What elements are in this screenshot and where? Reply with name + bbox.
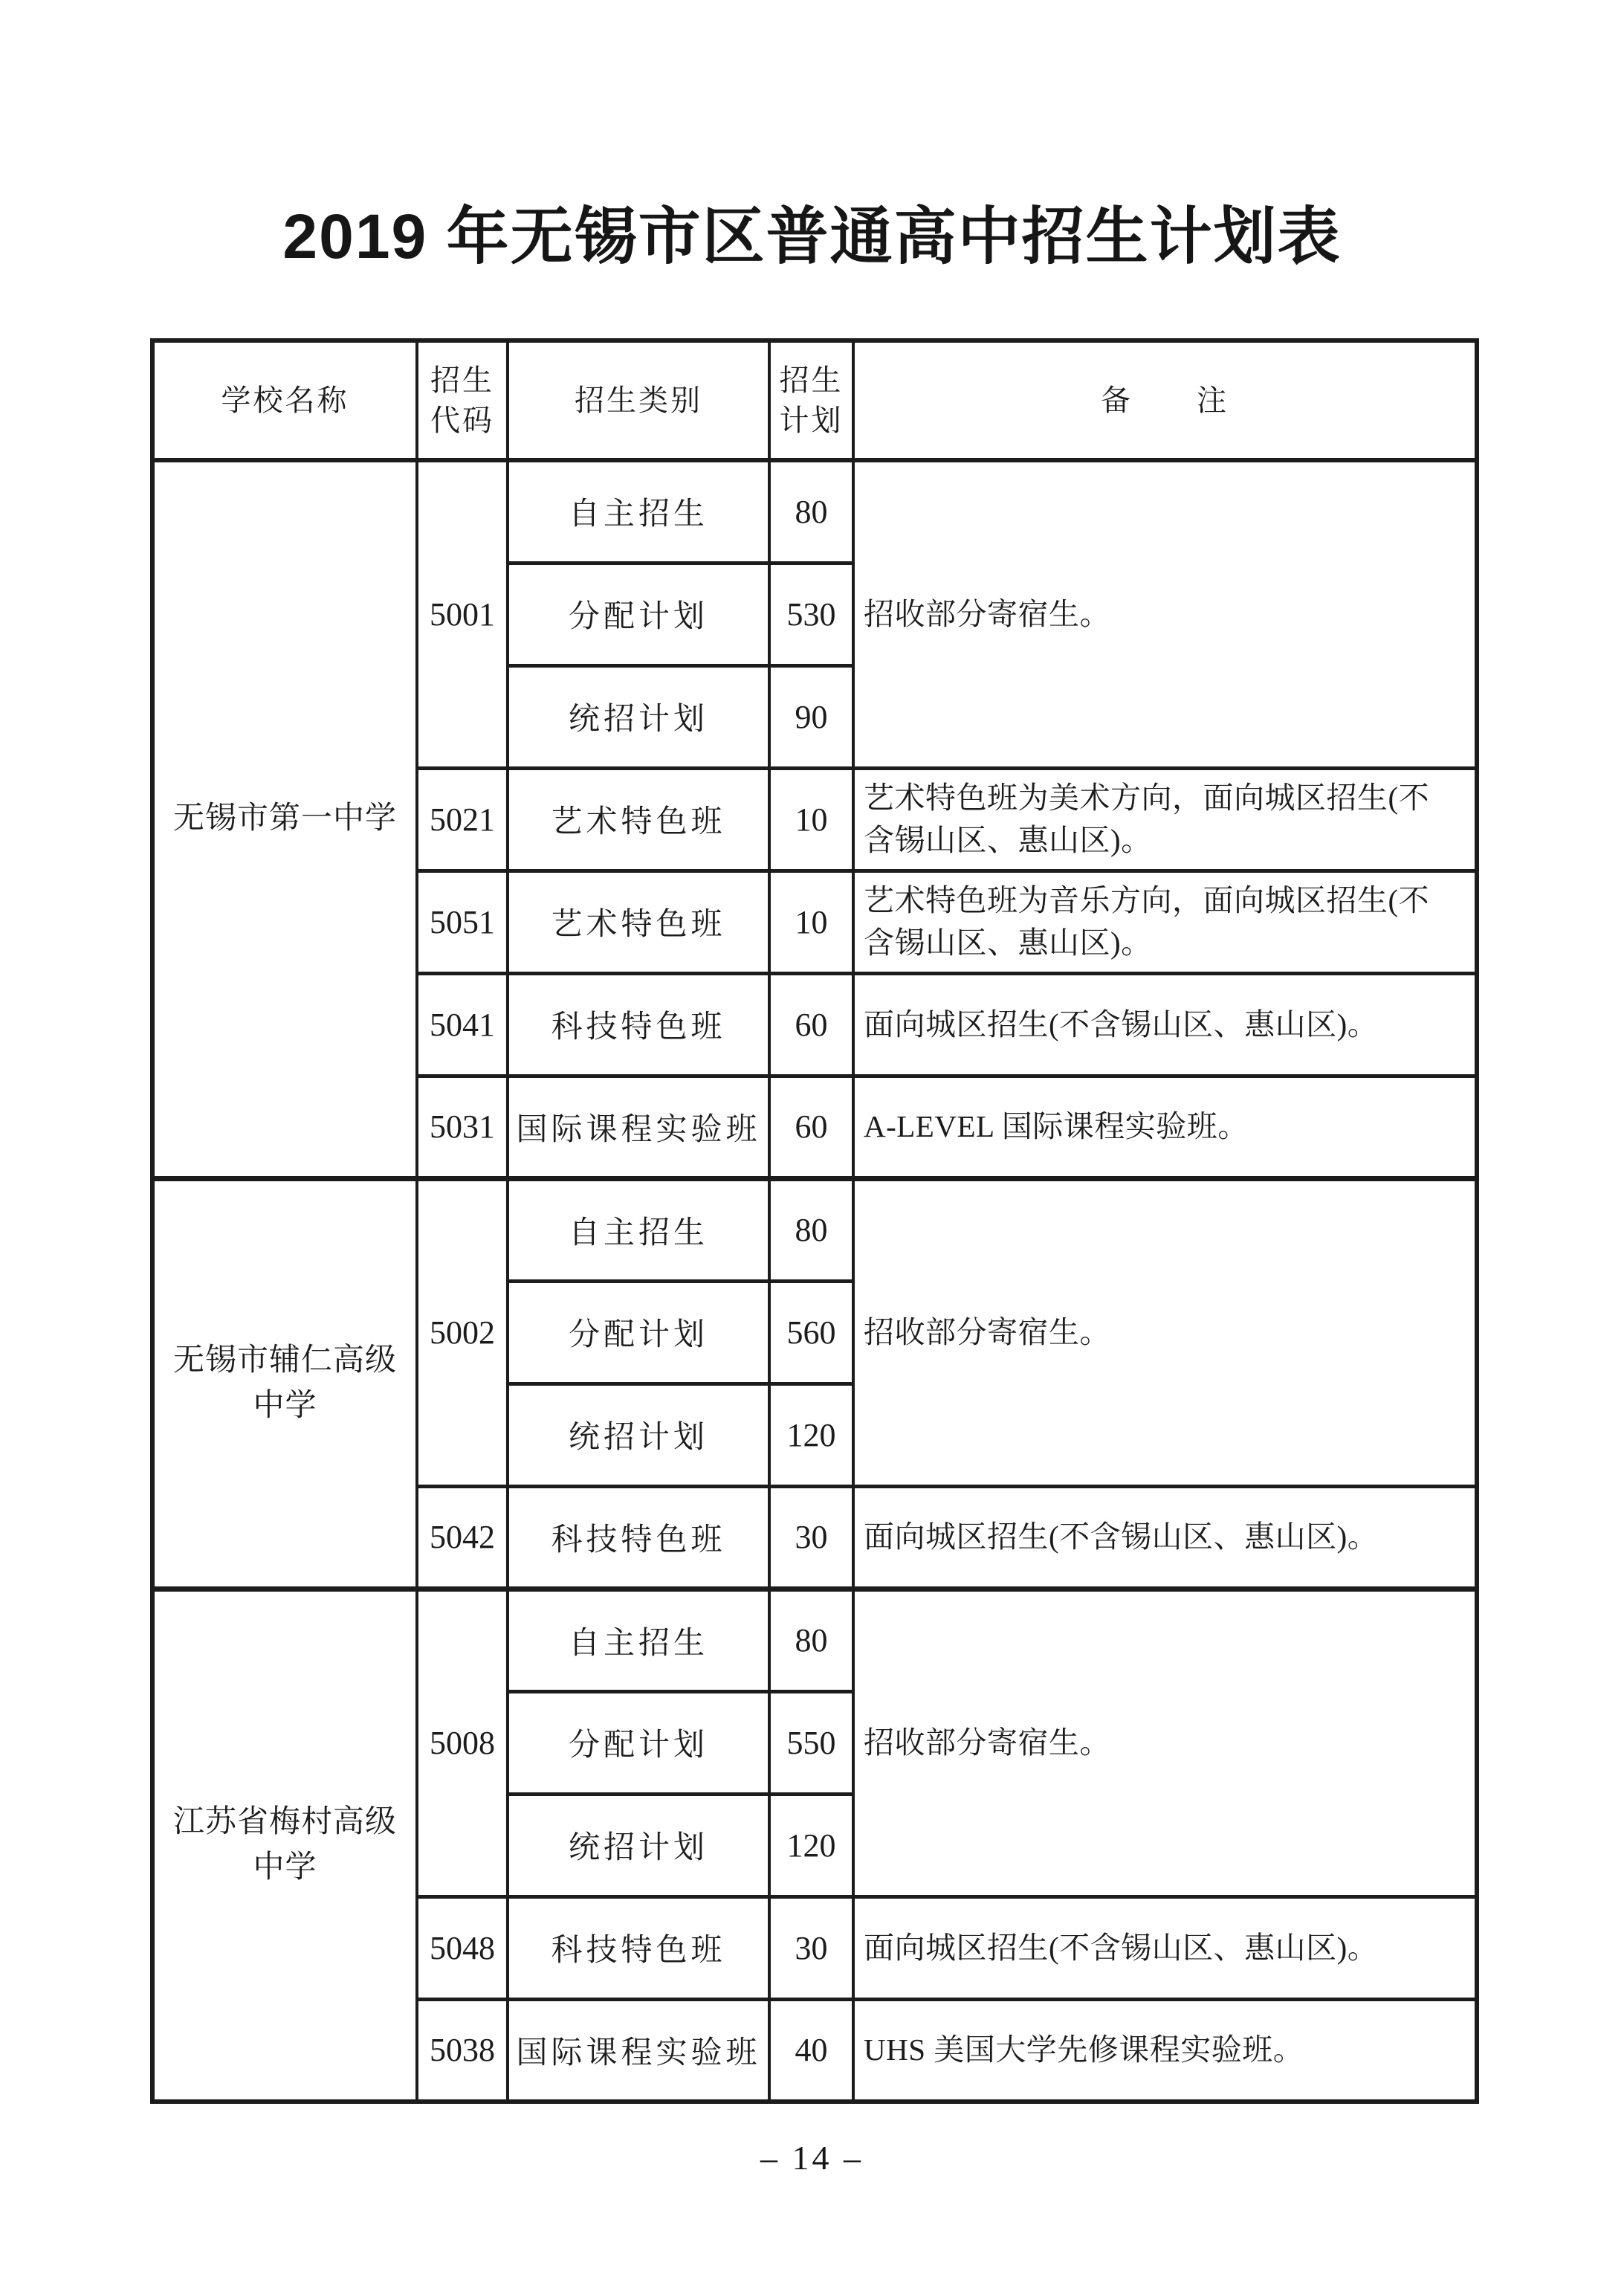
code-cell: 5041 bbox=[417, 973, 508, 1076]
plan-cell: 560 bbox=[769, 1281, 853, 1383]
plan-cell: 80 bbox=[769, 1178, 853, 1281]
remark-cell: A-LEVEL 国际课程实验班。 bbox=[853, 1076, 1477, 1178]
remark-cell: 面向城区招生(不含锡山区、惠山区)。 bbox=[853, 1896, 1477, 1999]
enrollment-table: 学校名称 招生 代码 招生类别 招生 计划 备 注 无锡市第一中学 5001 自… bbox=[150, 338, 1479, 2104]
plan-cell: 30 bbox=[769, 1486, 853, 1589]
category-cell: 自主招生 bbox=[508, 1589, 769, 1691]
plan-cell: 530 bbox=[769, 563, 853, 665]
remark-cell: 面向城区招生(不含锡山区、惠山区)。 bbox=[853, 1486, 1477, 1589]
plan-cell: 90 bbox=[769, 665, 853, 768]
code-cell: 5031 bbox=[417, 1076, 508, 1178]
remark-cell: 艺术特色班为美术方向，面向城区招生(不 含锡山区、惠山区)。 bbox=[853, 768, 1477, 871]
plan-cell: 10 bbox=[769, 871, 853, 973]
category-cell: 科技特色班 bbox=[508, 973, 769, 1076]
page-number: – 14 – bbox=[0, 2138, 1624, 2177]
category-cell: 统招计划 bbox=[508, 665, 769, 768]
header-row: 学校名称 招生 代码 招生类别 招生 计划 备 注 bbox=[152, 340, 1477, 460]
remark-cell: 招收部分寄宿生。 bbox=[853, 460, 1477, 768]
category-cell: 国际课程实验班 bbox=[508, 1076, 769, 1178]
plan-cell: 60 bbox=[769, 973, 853, 1076]
header-remark: 备 注 bbox=[853, 340, 1477, 460]
page-title: 2019 年无锡市区普通高中招生计划表 bbox=[0, 202, 1624, 271]
table-row: 江苏省梅村高级 中学 5008 自主招生 80 招收部分寄宿生。 bbox=[152, 1589, 1477, 1691]
plan-cell: 30 bbox=[769, 1896, 853, 1999]
category-cell: 自主招生 bbox=[508, 460, 769, 563]
category-cell: 科技特色班 bbox=[508, 1486, 769, 1589]
school-name-cell: 江苏省梅村高级 中学 bbox=[152, 1589, 417, 2102]
category-cell: 分配计划 bbox=[508, 563, 769, 665]
category-cell: 分配计划 bbox=[508, 1691, 769, 1794]
category-cell: 艺术特色班 bbox=[508, 871, 769, 973]
plan-cell: 60 bbox=[769, 1076, 853, 1178]
header-enrollment-plan: 招生 计划 bbox=[769, 340, 853, 460]
remark-cell: 招收部分寄宿生。 bbox=[853, 1178, 1477, 1486]
category-cell: 分配计划 bbox=[508, 1281, 769, 1383]
code-cell: 5021 bbox=[417, 768, 508, 871]
code-cell: 5051 bbox=[417, 871, 508, 973]
remark-cell: 招收部分寄宿生。 bbox=[853, 1589, 1477, 1896]
code-cell: 5038 bbox=[417, 1999, 508, 2102]
plan-cell: 550 bbox=[769, 1691, 853, 1794]
remark-cell: UHS 美国大学先修课程实验班。 bbox=[853, 1999, 1477, 2102]
category-cell: 国际课程实验班 bbox=[508, 1999, 769, 2102]
header-enrollment-category: 招生类别 bbox=[508, 340, 769, 460]
header-enrollment-code: 招生 代码 bbox=[417, 340, 508, 460]
category-cell: 统招计划 bbox=[508, 1383, 769, 1486]
code-cell: 5002 bbox=[417, 1178, 508, 1486]
plan-cell: 80 bbox=[769, 460, 853, 563]
document-page: 2019 年无锡市区普通高中招生计划表 学校名称 招生 代码 招生类别 招生 计… bbox=[0, 0, 1624, 2283]
code-cell: 5008 bbox=[417, 1589, 508, 1896]
remark-cell: 面向城区招生(不含锡山区、惠山区)。 bbox=[853, 973, 1477, 1076]
school-name-cell: 无锡市第一中学 bbox=[152, 460, 417, 1178]
code-cell: 5048 bbox=[417, 1896, 508, 1999]
category-cell: 科技特色班 bbox=[508, 1896, 769, 1999]
plan-cell: 120 bbox=[769, 1794, 853, 1896]
plan-cell: 80 bbox=[769, 1589, 853, 1691]
table-row: 无锡市辅仁高级 中学 5002 自主招生 80 招收部分寄宿生。 bbox=[152, 1178, 1477, 1281]
code-cell: 5001 bbox=[417, 460, 508, 768]
code-cell: 5042 bbox=[417, 1486, 508, 1589]
school-name-cell: 无锡市辅仁高级 中学 bbox=[152, 1178, 417, 1589]
category-cell: 自主招生 bbox=[508, 1178, 769, 1281]
header-school-name: 学校名称 bbox=[152, 340, 417, 460]
category-cell: 艺术特色班 bbox=[508, 768, 769, 871]
plan-cell: 10 bbox=[769, 768, 853, 871]
remark-cell: 艺术特色班为音乐方向，面向城区招生(不 含锡山区、惠山区)。 bbox=[853, 871, 1477, 973]
plan-cell: 40 bbox=[769, 1999, 853, 2102]
plan-cell: 120 bbox=[769, 1383, 853, 1486]
table-row: 无锡市第一中学 5001 自主招生 80 招收部分寄宿生。 bbox=[152, 460, 1477, 563]
category-cell: 统招计划 bbox=[508, 1794, 769, 1896]
